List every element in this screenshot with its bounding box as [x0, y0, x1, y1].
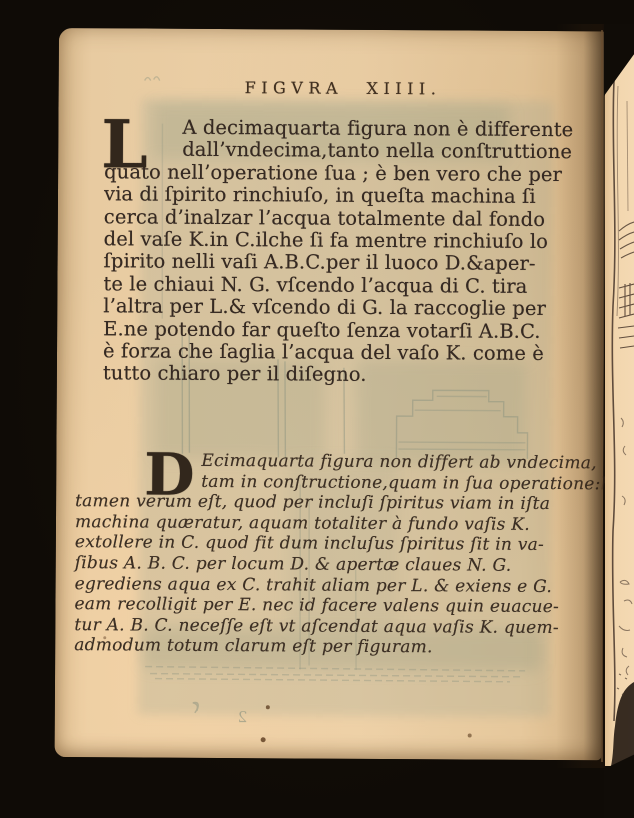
figure-title: FIGVRA XIIII.: [245, 78, 442, 98]
foxing-spot: [261, 737, 266, 742]
latin-dropcap: D: [144, 453, 195, 498]
foxing-spot: [103, 636, 106, 639]
engraving-contour-marks: [619, 418, 632, 675]
text-line: admodum totum clarum eſt per figuram.: [74, 635, 556, 659]
text-line: tur A. B. C. neceſſe eſt vt aſcendat aqu…: [74, 615, 556, 639]
ghost-ground-hatch: [145, 667, 525, 682]
engraving-border-line: [617, 86, 618, 316]
engraving-border-line: [612, 81, 615, 721]
facing-page-edge: [605, 26, 634, 766]
text-line: eam recolligit per E. nec id facere vale…: [74, 594, 556, 618]
text-line: ſibus A. B. C. per locum D. & apertæ cla…: [75, 553, 557, 577]
ghost-signature-squiggle: [193, 702, 198, 712]
engraving-fragment: [605, 26, 634, 766]
text-line: A decimaquarta figura non è differente: [104, 116, 534, 141]
ghost-machine-hatch: [398, 396, 525, 450]
italian-dropcap: L: [101, 119, 148, 169]
book-page: FIGVRA XIIII. L A decimaquarta figura no…: [55, 28, 606, 760]
text-line: extollere in C. quod fit dum incluſus ſp…: [75, 532, 557, 556]
scanned-book-spread: FIGVRA XIIII. L A decimaquarta figura no…: [0, 0, 634, 818]
signature-ghost: 2: [238, 708, 248, 726]
latin-paragraph: D Ecimaquarta figura non differt ab vnde…: [74, 450, 557, 659]
text-line: machina quæratur, aquam totaliter à fund…: [75, 512, 557, 536]
engraving-brick-tower: [618, 283, 634, 348]
foxing-spot: [468, 734, 472, 738]
engraving-wing-hatch: [619, 222, 634, 258]
text-line: egrediens aqua ex C. trahit aliam per L.…: [75, 574, 557, 598]
text-line: tutto chiaro per il diſegno.: [103, 363, 533, 388]
gutter-shadow: [556, 24, 606, 768]
page-fore-edge: [601, 30, 603, 762]
italian-paragraph: L A decimaquarta figura non è differente…: [103, 116, 535, 387]
engraving-frame-line: [627, 101, 628, 211]
ghost-header-mark: [145, 77, 160, 81]
foxing-spot: [266, 705, 270, 709]
